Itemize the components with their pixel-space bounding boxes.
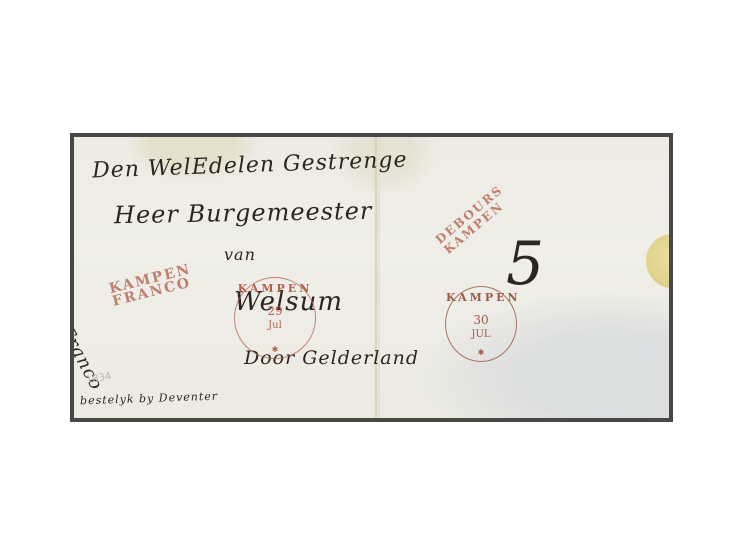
circular-datestamp-back: KAMPEN 30 JUL ✱: [445, 286, 517, 362]
star-ornament-icon: ✱: [235, 345, 315, 354]
fold-line: [374, 137, 380, 418]
kampen-franco-postmark: KAMPEN FRANCO: [108, 263, 196, 309]
cds-day: 29: [235, 304, 315, 318]
cds-day: 30: [446, 313, 516, 327]
cover-frame: Den WelEdelen Gestrenge Heer Burgemeeste…: [70, 133, 673, 422]
address-line-2: Heer Burgemeester: [114, 197, 373, 230]
letter-sheet: Den WelEdelen Gestrenge Heer Burgemeeste…: [74, 137, 669, 418]
routing-note: bestelyk by Deventer: [80, 390, 218, 408]
address-line-3: van: [224, 245, 256, 264]
rate-marking: 5: [506, 229, 545, 299]
debours-postmark: DEBOURS KAMPEN: [433, 183, 514, 257]
wax-seal-icon: [646, 234, 669, 288]
cds-month: JUL: [446, 329, 516, 340]
cds-town: KAMPEN: [235, 282, 315, 295]
circular-datestamp-front: KAMPEN 29 Jul ✱: [234, 277, 316, 359]
cds-town: KAMPEN: [446, 291, 516, 304]
star-ornament-icon: ✱: [446, 348, 516, 357]
cds-month: Jul: [235, 320, 315, 331]
address-line-1: Den WelEdelen Gestrenge: [92, 148, 408, 184]
